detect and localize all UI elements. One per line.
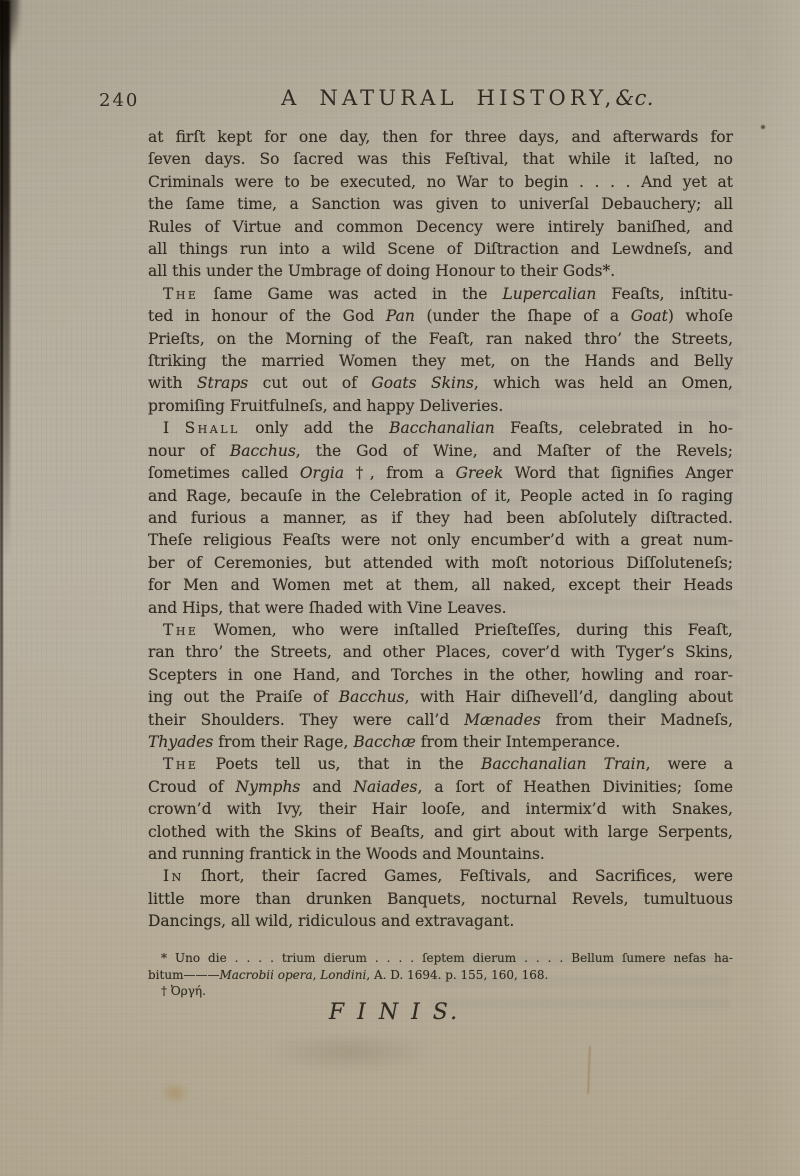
smallcaps-text: Shall — [185, 419, 240, 437]
text-line: Croud of Nymphs and Naiades, a ſort of H… — [148, 776, 733, 798]
scan-edge-shadow — [0, 0, 20, 62]
text-run: , the God of Wine, and Maſter of the Rev… — [296, 442, 733, 460]
italic-text: Lupercalian — [502, 285, 596, 303]
italic-text: Bacchus — [230, 442, 296, 460]
text-line: Scepters in one Hand, and Torches in the… — [148, 664, 733, 686]
text-run: ſame Game was acted in the — [198, 285, 502, 303]
page-right-edge — [754, 0, 800, 1176]
text-run: ſometimes called — [148, 464, 300, 482]
text-run: ber of Ceremonies, but attended with moſ… — [148, 554, 733, 572]
text-line: clothed with the Skins of Beaſts, and gi… — [148, 821, 733, 843]
italic-text: Orgia — [300, 464, 344, 482]
italic-text: Greek — [456, 464, 504, 482]
smallcaps-text: The — [163, 621, 198, 639]
text-run: at firſt kept for one day, then for thre… — [148, 128, 733, 146]
text-line: their Shoulders. They were call’d Mænade… — [148, 709, 733, 731]
paragraph: The Poets tell us, that in the Bacchanal… — [148, 753, 733, 865]
paragraph: The ſame Game was acted in the Lupercali… — [148, 283, 733, 417]
text-line: the ſame time, a Sanction was given to u… — [148, 193, 733, 215]
text-run: cut out of — [248, 374, 371, 392]
italic-text: Goats Skins — [371, 374, 473, 392]
text-run: from their Rage, — [213, 733, 353, 751]
text-run: promiſing Fruitfulneſs, and happy Delive… — [148, 397, 503, 415]
text-line: Thyades from their Rage, Bacchæ from the… — [148, 731, 733, 753]
italic-text: Pan — [386, 307, 415, 325]
text-line: Rules of Virtue and common Decency were … — [148, 216, 733, 238]
running-title: A NATURAL HISTORY,&c. — [175, 86, 760, 110]
italic-text: Bacchæ — [353, 733, 416, 751]
text-line: * Uno die . . . . trium dierum . . . . ſ… — [148, 950, 733, 967]
text-line: little more than drunken Banquets, noctu… — [148, 888, 733, 910]
running-title-etc: &c. — [615, 86, 653, 110]
text-run: Feaſts, celebrated in ho- — [495, 419, 733, 437]
text-line: In ſhort, their ſacred Games, Feſtivals,… — [148, 865, 733, 887]
italic-text: Naiades — [353, 778, 417, 796]
text-run: , a ſort of Heathen Divinities; ſome — [418, 778, 734, 796]
text-run: , were a — [646, 755, 733, 773]
text-line: Prieſts, on the Morning of the Feaſt, ra… — [148, 328, 733, 350]
text-run: Theſe religious Feaſts were not only enc… — [148, 531, 733, 549]
italic-text: Bacchus — [339, 688, 405, 706]
text-line: and furious a manner, as if they had bee… — [148, 507, 733, 529]
text-run: Women, who were inſtalled Prieſteſſes, d… — [198, 621, 733, 639]
text-run: nour of — [148, 442, 230, 460]
smallcaps-text: The — [163, 755, 198, 773]
text-run: ) whoſe — [668, 307, 733, 325]
text-run: clothed with the Skins of Beaſts, and gi… — [148, 823, 733, 841]
scan-edge-shadow — [0, 0, 3, 1070]
text-line: ſometimes called Orgia †, from a Greek W… — [148, 462, 733, 484]
text-run: little more than drunken Banquets, noctu… — [148, 890, 733, 908]
italic-text: Bacchanalian — [389, 419, 495, 437]
smallcaps-text: In — [163, 867, 184, 885]
book-page: 240 A NATURAL HISTORY,&c. at firſt kept … — [0, 0, 800, 1176]
text-run: I — [163, 419, 185, 437]
text-run: Rules of Virtue and common Decency were … — [148, 218, 733, 236]
text-run: ſtriking the married Women they met, on … — [148, 352, 733, 370]
text-run: Prieſts, on the Morning of the Feaſt, ra… — [148, 330, 733, 348]
text-line: and running frantick in the Woods and Mo… — [148, 843, 733, 865]
text-line: and Rage, becauſe in the Celebration of … — [148, 485, 733, 507]
text-run: * Uno die . . . . trium dierum . . . . ſ… — [161, 951, 733, 965]
text-line: all this under the Umbrage of doing Hono… — [148, 260, 733, 282]
body-text: at firſt kept for one day, then for thre… — [148, 126, 733, 933]
text-run: Dancings, all wild, ridiculous and extra… — [148, 912, 514, 930]
text-run: and — [300, 778, 353, 796]
italic-text: Mænades — [464, 711, 541, 729]
page-number: 240 — [99, 90, 139, 111]
text-run: Word that ſignifies Anger — [503, 464, 733, 482]
text-line: and Hips, that were ſhaded with Vine Lea… — [148, 597, 733, 619]
text-run: from their Madneſs, — [541, 711, 733, 729]
text-line: nour of Bacchus, the God of Wine, and Ma… — [148, 440, 733, 462]
italic-text: Nymphs — [236, 778, 301, 796]
text-line: ſeven days. So ſacred was this Feſtival,… — [148, 148, 733, 170]
italic-text: Straps — [197, 374, 248, 392]
paper-stain — [265, 1032, 435, 1072]
text-run: and Rage, becauſe in the Celebration of … — [148, 487, 733, 505]
footnotes: * Uno die . . . . trium dierum . . . . ſ… — [148, 950, 733, 1000]
text-line: ing out the Praiſe of Bacchus, with Hair… — [148, 686, 733, 708]
running-header: 240 A NATURAL HISTORY,&c. — [0, 86, 800, 116]
text-run: crown’d with Ivy, their Hair looſe, and … — [148, 800, 733, 818]
text-line: Criminals were to be executed, no War to… — [148, 171, 733, 193]
text-run: †, from a — [344, 464, 456, 482]
text-run: ſhort, their ſacred Games, Feſtivals, an… — [184, 867, 733, 885]
text-run: all this under the Umbrage of doing Hono… — [148, 262, 615, 280]
paragraph: In ſhort, their ſacred Games, Feſtivals,… — [148, 865, 733, 932]
text-run: , with Hair diſhevell’d, dangling about — [405, 688, 733, 706]
text-line: The Poets tell us, that in the Bacchanal… — [148, 753, 733, 775]
text-line: ber of Ceremonies, but attended with moſ… — [148, 552, 733, 574]
text-run: Scepters in one Hand, and Torches in the… — [148, 666, 733, 684]
italic-text: Bacchanalian Train — [481, 755, 646, 773]
italic-text: Londini — [320, 968, 366, 982]
text-run: , A. D. 1694. p. 155, 160, 168. — [366, 968, 548, 982]
paper-fiber — [587, 1046, 590, 1094]
text-run: with — [148, 374, 197, 392]
text-run: ted in honour of the God — [148, 307, 386, 325]
text-line: bitum———Macrobii opera, Londini, A. D. 1… — [148, 967, 733, 984]
text-run: and running frantick in the Woods and Mo… — [148, 845, 545, 863]
italic-text: Thyades — [148, 733, 213, 751]
paper-stain — [160, 1082, 190, 1104]
text-run: ſeven days. So ſacred was this Feſtival,… — [148, 150, 733, 168]
text-line: † Ὀργή. — [148, 983, 733, 1000]
finis: F I N I S. — [102, 1000, 687, 1025]
text-line: The Women, who were inſtalled Prieſteſſe… — [148, 619, 733, 641]
text-line: ran thro’ the Streets, and other Places,… — [148, 641, 733, 663]
text-line: I Shall only add the Bacchanalian Feaſts… — [148, 417, 733, 439]
text-line: ted in honour of the God Pan (under the … — [148, 305, 733, 327]
text-run: for Men and Women met at them, all naked… — [148, 576, 733, 594]
text-run: Criminals were to be executed, no War to… — [148, 173, 733, 191]
text-run: and furious a manner, as if they had bee… — [148, 509, 733, 527]
text-run: (under the ſhape of a — [415, 307, 631, 325]
text-run: their Shoulders. They were call’d — [148, 711, 464, 729]
text-line: promiſing Fruitfulneſs, and happy Delive… — [148, 395, 733, 417]
text-run: only add the — [240, 419, 389, 437]
paragraph: The Women, who were inſtalled Prieſteſſe… — [148, 619, 733, 753]
text-run: Croud of — [148, 778, 236, 796]
paragraph: at firſt kept for one day, then for thre… — [148, 126, 733, 283]
text-run: , which was held an Omen, — [474, 374, 733, 392]
text-run: ing out the Praiſe of — [148, 688, 339, 706]
text-line: with Straps cut out of Goats Skins, whic… — [148, 372, 733, 394]
text-run: † Ὀργή. — [161, 984, 206, 998]
text-run: from their Intemperance. — [416, 733, 620, 751]
text-run: and Hips, that were ſhaded with Vine Lea… — [148, 599, 507, 617]
text-line: at firſt kept for one day, then for thre… — [148, 126, 733, 148]
text-run: all things run into a wild Scene of Diſt… — [148, 240, 733, 258]
smallcaps-text: The — [163, 285, 198, 303]
italic-text: Goat — [631, 307, 668, 325]
text-run: Feaſts, inſtitu- — [596, 285, 733, 303]
text-run: Poets tell us, that in the — [198, 755, 480, 773]
text-line: Theſe religious Feaſts were not only enc… — [148, 529, 733, 551]
italic-text: Macrobii opera — [219, 968, 312, 982]
text-line: all things run into a wild Scene of Diſt… — [148, 238, 733, 260]
text-run: ran thro’ the Streets, and other Places,… — [148, 643, 733, 661]
paragraph: I Shall only add the Bacchanalian Feaſts… — [148, 417, 733, 619]
text-line: for Men and Women met at them, all naked… — [148, 574, 733, 596]
text-line: The ſame Game was acted in the Lupercali… — [148, 283, 733, 305]
text-run: bitum——— — [148, 968, 219, 982]
text-line: ſtriking the married Women they met, on … — [148, 350, 733, 372]
text-line: crown’d with Ivy, their Hair looſe, and … — [148, 798, 733, 820]
text-run: the ſame time, a Sanction was given to u… — [148, 195, 733, 213]
running-title-text: A NATURAL HISTORY, — [281, 86, 615, 110]
text-line: Dancings, all wild, ridiculous and extra… — [148, 910, 733, 932]
